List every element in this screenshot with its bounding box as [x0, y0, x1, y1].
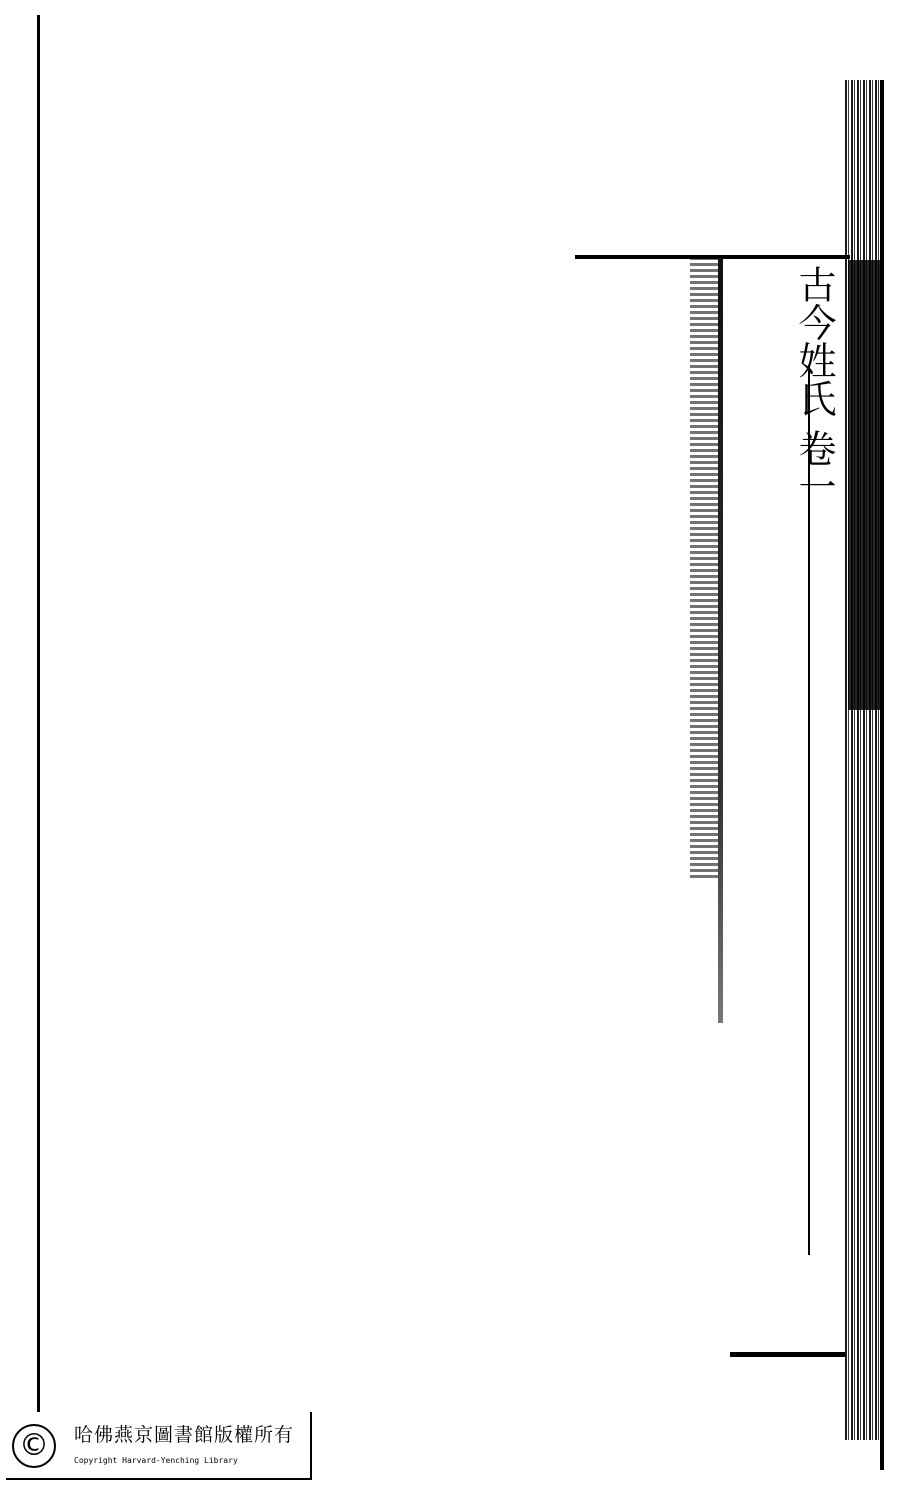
copyright-stamp: © 哈佛燕京圖書館版權所有 Copyright Harvard-Yenching… — [6, 1412, 312, 1480]
right-page-border — [880, 80, 884, 1470]
inner-frame-line — [718, 258, 723, 1023]
title-frame-bottom-line — [730, 1352, 845, 1357]
scan-shadow — [690, 258, 720, 878]
copyright-english: Copyright Harvard-Yenching Library — [74, 1456, 238, 1465]
book-spine-shadow — [848, 260, 880, 710]
copyright-chinese: 哈佛燕京圖書館版權所有 — [74, 1420, 294, 1447]
vertical-book-title: 古今姓氏 卷一 — [818, 265, 848, 505]
left-page-border — [37, 15, 40, 1415]
copyright-icon: © — [12, 1424, 56, 1468]
